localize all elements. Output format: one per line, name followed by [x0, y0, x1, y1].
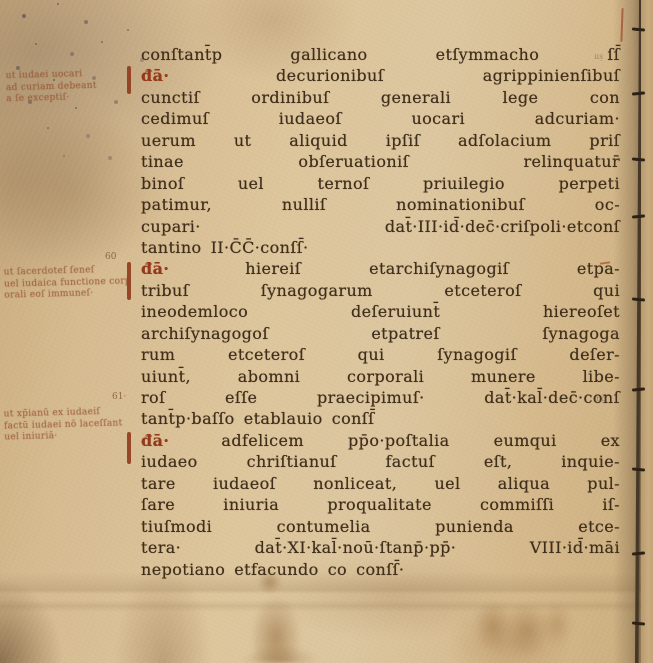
word: etceteroſ	[444, 280, 521, 301]
word: aliquid	[289, 130, 347, 151]
word: uel	[238, 173, 264, 194]
word: dat̄·XI·kal̄·noū·ſtanp̄·pp̄·	[255, 537, 457, 558]
gloss-line: uel iniuriā·	[4, 429, 123, 444]
word: tinae	[141, 151, 184, 172]
word: iniuria	[223, 494, 279, 515]
word: nonliceat,	[313, 473, 397, 494]
word: tera·	[141, 537, 181, 558]
word: tiuſmodi	[141, 516, 212, 537]
word: relinquatur̄	[523, 151, 620, 172]
text-line: uiunt̄,abomnicorporalimunerelibe-	[141, 366, 620, 387]
gloss-number: 60	[105, 252, 116, 262]
rubric-bar	[127, 432, 131, 464]
word: conſſ̄	[332, 408, 375, 429]
word: hiereiſ	[245, 258, 301, 279]
main-text-block: conſtant̄pgallicanoetſymmachoſſ̄đā·decur…	[141, 44, 620, 580]
text-line: iudaeochriſtianuſfactuſeſt,inquie-	[141, 451, 620, 472]
section-marker-rubric: đā·	[141, 65, 169, 86]
word: lege	[502, 87, 538, 108]
gloss-line: orali eoſ immuneſ·	[4, 287, 131, 302]
right-margin-mark: nḡ	[596, 394, 606, 403]
word: ipſiſ	[386, 130, 420, 151]
word: gallicano	[290, 44, 367, 65]
word: ineodemloco	[141, 301, 248, 322]
word: uerum	[141, 130, 196, 151]
word: deſeruiunt̄	[351, 301, 440, 322]
word: conſſ̄·	[356, 559, 404, 580]
word: roſ	[141, 387, 165, 408]
word: ternoſ	[318, 173, 370, 194]
text-line: uerumutaliquidipſiſadſolaciumpriſ	[141, 130, 620, 151]
text-line: nepotianoetfacundococonſſ̄·	[141, 559, 620, 580]
word: co	[328, 559, 347, 580]
rubric-bar	[127, 66, 131, 94]
word: corporali	[347, 366, 424, 387]
word: priuilegio	[423, 173, 505, 194]
word: uocari	[411, 108, 465, 129]
text-line: cupari·dat̄·III·id̄·dec̄·criſpoli·etconſ	[141, 216, 620, 237]
word: pp̄o·poſtalia	[348, 430, 450, 451]
word: ſynagogarum	[261, 280, 373, 301]
word: aliqua	[498, 473, 550, 494]
word: adcuriam·	[535, 108, 620, 129]
text-line: tinaeobſeruationiſrelinquatur̄	[141, 151, 620, 172]
text-line: đā·hiereiſetarchiſynagogiſetpa-	[141, 258, 620, 279]
word: cunctiſ	[141, 87, 200, 108]
word: nominationibuſ	[396, 194, 525, 215]
text-line: tant̄p·baſſoetablauioconſſ̄	[141, 408, 620, 429]
bottom-right-stain	[455, 590, 585, 663]
word: factuſ	[385, 451, 434, 472]
next-page-edge	[641, 0, 653, 663]
word: archiſynagogoſ	[141, 323, 269, 344]
section-marker-rubric: đā·	[141, 430, 169, 451]
word: patimur,	[141, 194, 212, 215]
word: nulliſ	[282, 194, 326, 215]
word: etceteroſ	[228, 344, 305, 365]
text-line: cunctiſordinibuſgeneralilegecon	[141, 87, 620, 108]
word: munere	[471, 366, 536, 387]
text-line: đā·adfelicempp̄o·poſtaliaeumquiex	[141, 430, 620, 451]
text-line: ſareiniuriaproqualitatecommiſſiiſ-	[141, 494, 620, 515]
word: hiereoſet	[543, 301, 620, 322]
word: eſſe	[225, 387, 257, 408]
text-line: tareiudaeoſnonliceat,uelaliquapul-	[141, 473, 620, 494]
word: perpeti	[559, 173, 620, 194]
word: dat̄·III·id̄·dec̄·criſpoli·etconſ	[385, 216, 620, 237]
text-line: tiuſmodicontumeliapuniendaetce-	[141, 516, 620, 537]
word: iudaeo	[141, 451, 198, 472]
word: decurionibuſ	[276, 65, 384, 86]
text-line: tribuſſynagogarumetceteroſqui	[141, 280, 620, 301]
word: rum	[141, 344, 175, 365]
word: proqualitate	[327, 494, 432, 515]
word: ſynagogiſ	[437, 344, 517, 365]
word: generali	[381, 87, 451, 108]
word: iudaeoſ	[213, 473, 276, 494]
word: adfelicem	[221, 430, 304, 451]
word: etpatreſ	[371, 323, 439, 344]
word: ordinibuſ	[251, 87, 329, 108]
text-line: ineodemlocodeſeruiunt̄hiereoſet	[141, 301, 620, 322]
text-line: cedimuſiudaeoſuocariadcuriam·	[141, 108, 620, 129]
word: ſynagoga	[542, 323, 620, 344]
mold-speckles	[22, 14, 26, 18]
right-margin-mark: ııṣ	[594, 52, 603, 61]
left-margin-gloss: ut iudaei uocariad curiam debeanta ſe ex…	[6, 69, 98, 106]
word: adſolacium	[458, 130, 552, 151]
word: eumqui	[494, 430, 557, 451]
word: abomni	[238, 366, 300, 387]
text-line: conſtant̄pgallicanoetſymmachoſſ̄	[141, 44, 620, 65]
text-line: binoſuelternoſpriuilegioperpeti	[141, 173, 620, 194]
text-line: đā·decurionibuſagrippinienſibuſ	[141, 65, 620, 86]
word: etfacundo	[234, 559, 318, 580]
manuscript-page: conſtant̄pgallicanoetſymmachoſſ̄đā·decur…	[0, 0, 653, 663]
section-marker-rubric: đā·	[141, 258, 169, 279]
word: ut	[234, 130, 252, 151]
word: etarchiſynagogiſ	[369, 258, 509, 279]
word: praecipimuſ·	[317, 387, 425, 408]
word: tribuſ	[141, 280, 189, 301]
left-margin-gloss: ut xp̄ianū ex iudaeiſfactū iudaei nō lac…	[4, 406, 123, 444]
word: iudaeoſ	[279, 108, 342, 129]
text-line: roſeſſepraecipimuſ·dat̄·kal̄·dec̄·conſ	[141, 387, 620, 408]
word: cupari·	[141, 216, 201, 237]
word: commiſſi	[480, 494, 554, 515]
word: etſymmacho	[436, 44, 540, 65]
word: ſare	[141, 494, 175, 515]
word: chriſtianuſ	[247, 451, 337, 472]
left-margin-gloss: ut ſacerdoteſ ſeneſuel iudaica functione…	[4, 264, 132, 302]
text-line: tantinoII·C̄C̄·conſſ̄·	[141, 237, 620, 258]
word: II·C̄C̄·conſſ̄·	[211, 237, 309, 258]
word: tare	[141, 473, 176, 494]
gloss-line: a ſe exceptiſ·	[6, 92, 97, 106]
text-line: archiſynagogoſetpatreſſynagoga	[141, 323, 620, 344]
word: tantino	[141, 237, 202, 258]
word: inquie-	[561, 451, 620, 472]
word: nepotiano	[141, 559, 225, 580]
word: tant̄p·baſſo	[141, 408, 235, 429]
gloss-number: 61·	[112, 392, 126, 402]
word: uel	[434, 473, 460, 494]
word: eſt,	[484, 451, 513, 472]
text-line: rumetceteroſquiſynagogiſdeſer-	[141, 344, 620, 365]
word: qui	[358, 344, 385, 365]
word: contumelia	[277, 516, 371, 537]
word: agrippinienſibuſ	[483, 65, 620, 86]
word: cedimuſ	[141, 108, 209, 129]
word: uiunt̄,	[141, 366, 191, 387]
word: conſtant̄p	[141, 44, 222, 65]
word: VIII·id̄·māi	[530, 537, 620, 558]
word: obſeruationiſ	[298, 151, 408, 172]
word: binoſ	[141, 173, 184, 194]
word: punienda	[435, 516, 514, 537]
text-line: tera·dat̄·XI·kal̄·noū·ſtanp̄·pp̄·VIII·id…	[141, 537, 620, 558]
word: etablauio	[244, 408, 323, 429]
text-line: patimur,nulliſnominationibuſoc-	[141, 194, 620, 215]
